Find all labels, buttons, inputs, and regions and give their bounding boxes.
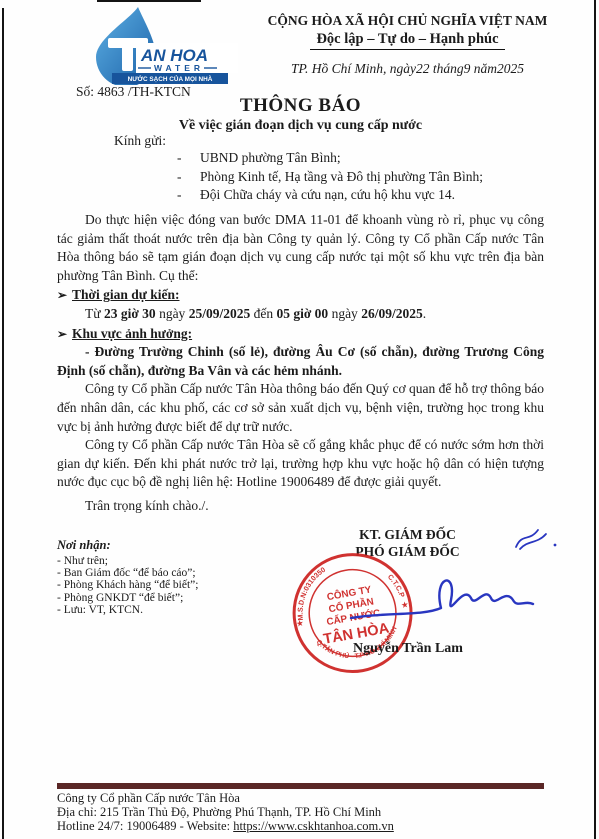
list-item: - UBND phường Tân Bình;: [177, 150, 483, 169]
time-mid: đến: [250, 306, 276, 321]
water-drop-icon: AN HOA WATER NƯỚC SẠCH CỦA MỌI NHÀ: [86, 5, 238, 85]
end-date: 26/09/2025: [361, 306, 423, 321]
signer-title-1: KT. GIÁM ĐỐC: [325, 526, 490, 543]
document-body: Do thực hiện việc đóng van bước DMA 11-0…: [57, 211, 544, 516]
area-section-heading: ➢Khu vực ảnh hưởng:: [57, 325, 544, 344]
recipient-text: UBND phường Tân Bình;: [200, 150, 341, 166]
national-header: CỘNG HÒA XÃ HỘI CHỦ NGHĨA VIỆT NAM Độc l…: [245, 13, 570, 77]
initials-scribble: [512, 527, 562, 562]
document-page: AN HOA WATER NƯỚC SẠCH CỦA MỌI NHÀ Số: 4…: [0, 0, 599, 839]
end-time: 05 giờ 00: [276, 306, 328, 321]
footer-address: Địa chỉ: 215 Trần Thủ Độ, Phường Phú Thạ…: [57, 805, 394, 819]
footer-company: Công ty Cổ phần Cấp nước Tân Hòa: [57, 791, 394, 805]
time-section-heading: ➢Thời gian dự kiến:: [57, 286, 544, 305]
affected-streets: - Đường Trường Chinh (số lẻ), đường Âu C…: [57, 343, 544, 380]
scan-border-left: [2, 8, 4, 839]
time-mid: ngày: [156, 306, 189, 321]
list-item: - Ban Giám đốc “để báo cáo”;: [57, 567, 198, 579]
paragraph-reason: Do thực hiện việc đóng van bước DMA 11-0…: [57, 211, 544, 285]
place-date-line: TP. Hồ Chí Minh, ngày22 tháng9 năm2025: [245, 61, 570, 77]
website-link[interactable]: https://www.cskhtanhoa.com.vn: [233, 819, 394, 833]
start-time: 23 giờ 30: [104, 306, 156, 321]
signer-name: Nguyễn Trần Lam: [328, 641, 488, 657]
list-item: - Lưu: VT, KTCN.: [57, 604, 198, 616]
page-subtitle: Về việc gián đoạn dịch vụ cung cấp nước: [57, 118, 544, 134]
recipient-text: Phòng Kinh tế, Hạ tầng và Đô thị phường …: [200, 169, 483, 185]
distribution-list: Nơi nhận: - Như trên; - Ban Giám đốc “để…: [57, 538, 198, 616]
time-suffix: .: [423, 306, 426, 321]
start-date: 25/09/2025: [189, 306, 251, 321]
closing-line: Trân trọng kính chào./.: [57, 497, 544, 516]
recipient-text: Đội Chữa cháy và cứu nạn, cứu hộ khu vực…: [200, 187, 455, 203]
arrow-bullet-icon: ➢: [57, 325, 72, 344]
list-item: - Đội Chữa cháy và cứu nạn, cứu hộ khu v…: [177, 187, 483, 206]
paragraph-hotline: Công ty Cổ phần Cấp nước Tân Hòa sẽ cố g…: [57, 436, 544, 492]
logo-tagline-text: NƯỚC SẠCH CỦA MỌI NHÀ: [128, 74, 213, 83]
tan-hoa-water-logo: AN HOA WATER NƯỚC SẠCH CỦA MỌI NHÀ: [86, 5, 238, 90]
list-item: - Như trên;: [57, 555, 198, 567]
scan-border-top: [97, 0, 201, 2]
list-item: - Phòng Khách hàng “để biết”;: [57, 579, 198, 591]
scan-border-right: [594, 0, 596, 839]
page-title: THÔNG BÁO: [57, 95, 544, 117]
area-heading-text: Khu vực ảnh hưởng:: [72, 326, 192, 341]
dash-marker: -: [177, 169, 200, 185]
list-item: - Phòng Kinh tế, Hạ tầng và Đô thị phườn…: [177, 169, 483, 188]
footer-divider-bar: [57, 783, 544, 789]
time-heading-text: Thời gian dự kiến:: [72, 287, 180, 302]
paragraph-notify: Công ty Cổ phần Cấp nước Tân Hòa thông b…: [57, 380, 544, 436]
salutation: Kính gửi:: [114, 133, 166, 149]
national-motto-line2: Độc lập – Tự do – Hạnh phúc: [245, 31, 570, 50]
time-mid: ngày: [328, 306, 361, 321]
logo-water-text: WATER: [154, 63, 204, 73]
footer: Công ty Cổ phần Cấp nước Tân Hòa Địa chỉ…: [57, 791, 394, 833]
pen-scribble-icon: [512, 527, 562, 557]
dash-marker: -: [177, 187, 200, 203]
arrow-bullet-icon: ➢: [57, 286, 72, 305]
time-prefix: Từ: [85, 306, 104, 321]
recipient-list: - UBND phường Tân Bình; - Phòng Kinh tế,…: [177, 150, 483, 206]
footer-contact: Hotline 24/7: 19006489 - Website: https:…: [57, 819, 394, 833]
distribution-heading: Nơi nhận:: [57, 538, 198, 553]
time-detail-line: Từ 23 giờ 30 ngày 25/09/2025 đến 05 giờ …: [57, 305, 544, 324]
list-item: - Phòng GNKDT “để biết”;: [57, 592, 198, 604]
dash-marker: -: [177, 150, 200, 166]
national-motto-line1: CỘNG HÒA XÃ HỘI CHỦ NGHĨA VIỆT NAM: [245, 13, 570, 29]
footer-hotline: Hotline 24/7: 19006489 - Website:: [57, 819, 233, 833]
